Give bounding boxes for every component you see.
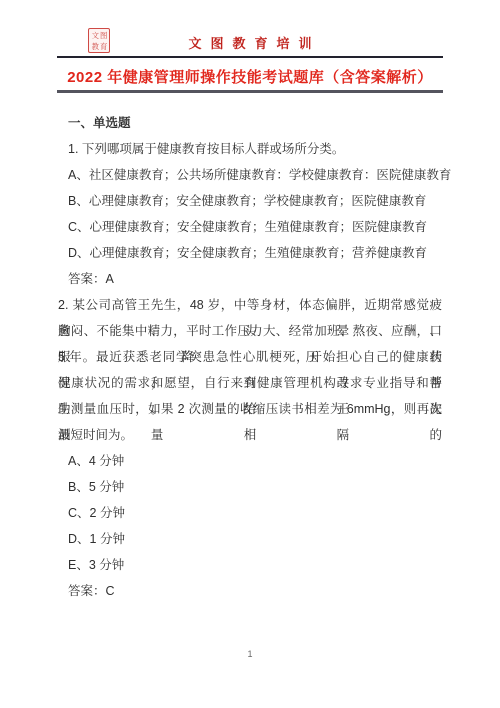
header-divider xyxy=(57,56,443,58)
page-number: 1 xyxy=(0,649,500,659)
document-body: 一、单选题 1. 下列哪项属于健康教育按目标人群或场所分类。 A、社区健康教育；… xyxy=(58,110,442,604)
document-title: 2022 年健康管理师操作技能考试题库（含答案解析） xyxy=(0,66,500,87)
question-1-stem: 1. 下列哪项属于健康教育按目标人群或场所分类。 xyxy=(58,136,442,162)
question-2-stem-line-1: 2. 某公司高管王先生，48 岁，中等身材，体态偏胖，近期常感觉疲惫、头晕、 xyxy=(58,292,442,318)
question-1-option-d: D、心理健康教育；安全健康教育；生殖健康教育；营养健康教育 xyxy=(58,240,442,266)
question-1-option-a: A、社区健康教育；公共场所健康教育：学校健康教育：医院健康教育 xyxy=(58,162,442,188)
question-2-option-d: D、1 分钟 xyxy=(58,526,442,552)
question-1-answer: 答案：A xyxy=(58,266,442,292)
section-heading: 一、单选题 xyxy=(58,110,442,136)
question-2-option-a: A、4 分钟 xyxy=(58,448,442,474)
question-2-answer: 答案：C xyxy=(58,578,442,604)
question-1-option-b: B、心理健康教育；安全健康教育；学校健康教育；医院健康教育 xyxy=(58,188,442,214)
question-2-stem-line-5: 生测量血压时，如果 2 次测量的收缩压读书相差为 6mmHg，则再次测量相隔的 xyxy=(58,396,442,422)
question-2-option-c: C、2 分钟 xyxy=(58,500,442,526)
brand-title: 文图教育培训 xyxy=(0,33,500,52)
question-2-option-b: B、5 分钟 xyxy=(58,474,442,500)
title-divider xyxy=(57,90,443,93)
question-2-stem-line-4: 健康状况的需求和愿望，自行来到健康管理机构寻求专业指导和帮助。给王先 xyxy=(58,370,442,396)
question-2-option-e: E、3 分钟 xyxy=(58,552,442,578)
question-1-option-c: C、心理健康教育；安全健康教育；生殖健康教育；医院健康教育 xyxy=(58,214,442,240)
question-2-stem-line-3: 5 年。最近获悉老同学突患急性心肌梗死，开始担心自己的健康状况，有改善 xyxy=(58,344,442,370)
question-2-stem-line-2: 胸闷、不能集中精力，平时工作压力大、经常加班、熬夜、应酬，口服降压药 xyxy=(58,318,442,344)
document-page: 文图 教育 文图教育培训 2022 年健康管理师操作技能考试题库（含答案解析） … xyxy=(0,0,500,708)
